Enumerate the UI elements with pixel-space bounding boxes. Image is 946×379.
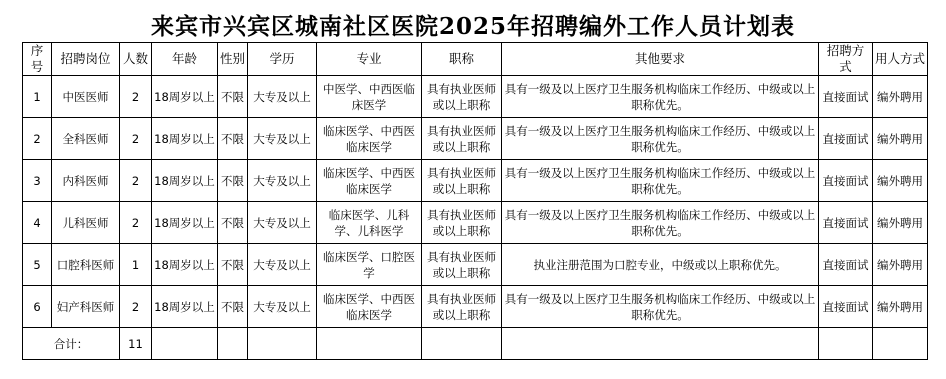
cell-position: 口腔科医师 bbox=[52, 244, 120, 286]
total-count: 11 bbox=[120, 328, 152, 360]
table-row: 5 口腔科医师 1 18周岁以上 不限 大专及以上 临床医学、口腔医学 具有执业… bbox=[23, 244, 928, 286]
cell-position: 儿科医师 bbox=[52, 202, 120, 244]
cell-method: 直接面试 bbox=[819, 244, 873, 286]
cell-method: 直接面试 bbox=[819, 202, 873, 244]
cell-employment: 编外聘用 bbox=[873, 202, 928, 244]
cell-gender: 不限 bbox=[218, 202, 248, 244]
cell-no: 4 bbox=[23, 202, 52, 244]
cell-no: 2 bbox=[23, 118, 52, 160]
cell-major: 临床医学、儿科学、儿科医学 bbox=[317, 202, 422, 244]
cell-count: 2 bbox=[120, 286, 152, 328]
cell-title: 具有执业医师或以上职称 bbox=[422, 286, 502, 328]
table-row: 3 内科医师 2 18周岁以上 不限 大专及以上 临床医学、中西医临床医学 具有… bbox=[23, 160, 928, 202]
header-age: 年龄 bbox=[152, 43, 218, 76]
cell-education: 大专及以上 bbox=[248, 202, 317, 244]
empty-cell bbox=[422, 328, 502, 360]
cell-count: 2 bbox=[120, 118, 152, 160]
cell-title: 具有执业医师或以上职称 bbox=[422, 76, 502, 118]
header-education: 学历 bbox=[248, 43, 317, 76]
cell-count: 2 bbox=[120, 160, 152, 202]
total-label: 合计： bbox=[23, 328, 120, 360]
cell-major: 中医学、中西医临床医学 bbox=[317, 76, 422, 118]
cell-other: 具有一级及以上医疗卫生服务机构临床工作经历、中级或以上职称优先。 bbox=[502, 118, 819, 160]
empty-cell bbox=[873, 328, 928, 360]
cell-age: 18周岁以上 bbox=[152, 160, 218, 202]
cell-count: 1 bbox=[120, 244, 152, 286]
cell-method: 直接面试 bbox=[819, 160, 873, 202]
cell-age: 18周岁以上 bbox=[152, 286, 218, 328]
cell-method: 直接面试 bbox=[819, 118, 873, 160]
cell-age: 18周岁以上 bbox=[152, 118, 218, 160]
cell-age: 18周岁以上 bbox=[152, 202, 218, 244]
cell-other: 具有一级及以上医疗卫生服务机构临床工作经历、中级或以上职称优先。 bbox=[502, 202, 819, 244]
cell-education: 大专及以上 bbox=[248, 160, 317, 202]
cell-gender: 不限 bbox=[218, 286, 248, 328]
cell-no: 5 bbox=[23, 244, 52, 286]
empty-cell bbox=[502, 328, 819, 360]
cell-title: 具有执业医师或以上职称 bbox=[422, 244, 502, 286]
cell-title: 具有执业医师或以上职称 bbox=[422, 118, 502, 160]
table-row: 4 儿科医师 2 18周岁以上 不限 大专及以上 临床医学、儿科学、儿科医学 具… bbox=[23, 202, 928, 244]
table-row: 2 全科医师 2 18周岁以上 不限 大专及以上 临床医学、中西医临床医学 具有… bbox=[23, 118, 928, 160]
cell-no: 1 bbox=[23, 76, 52, 118]
cell-no: 3 bbox=[23, 160, 52, 202]
empty-cell bbox=[152, 328, 218, 360]
cell-position: 全科医师 bbox=[52, 118, 120, 160]
cell-age: 18周岁以上 bbox=[152, 244, 218, 286]
table-row: 6 妇产科医师 2 18周岁以上 不限 大专及以上 临床医学、中西医临床医学 具… bbox=[23, 286, 928, 328]
cell-other: 具有一级及以上医疗卫生服务机构临床工作经历、中级或以上职称优先。 bbox=[502, 160, 819, 202]
empty-cell bbox=[248, 328, 317, 360]
cell-major: 临床医学、中西医临床医学 bbox=[317, 118, 422, 160]
cell-gender: 不限 bbox=[218, 244, 248, 286]
cell-count: 2 bbox=[120, 76, 152, 118]
cell-education: 大专及以上 bbox=[248, 286, 317, 328]
cell-major: 临床医学、中西医临床医学 bbox=[317, 160, 422, 202]
cell-education: 大专及以上 bbox=[248, 76, 317, 118]
empty-cell bbox=[317, 328, 422, 360]
header-title: 职称 bbox=[422, 43, 502, 76]
cell-employment: 编外聘用 bbox=[873, 160, 928, 202]
header-no: 序号 bbox=[23, 43, 52, 76]
cell-employment: 编外聘用 bbox=[873, 118, 928, 160]
header-method: 招聘方式 bbox=[819, 43, 873, 76]
cell-title: 具有执业医师或以上职称 bbox=[422, 202, 502, 244]
cell-position: 妇产科医师 bbox=[52, 286, 120, 328]
cell-education: 大专及以上 bbox=[248, 118, 317, 160]
header-count: 人数 bbox=[120, 43, 152, 76]
table-row: 1 中医医师 2 18周岁以上 不限 大专及以上 中医学、中西医临床医学 具有执… bbox=[23, 76, 928, 118]
total-row: 合计： 11 bbox=[23, 328, 928, 360]
header-other: 其他要求 bbox=[502, 43, 819, 76]
cell-gender: 不限 bbox=[218, 160, 248, 202]
cell-major: 临床医学、口腔医学 bbox=[317, 244, 422, 286]
cell-method: 直接面试 bbox=[819, 286, 873, 328]
cell-title: 具有执业医师或以上职称 bbox=[422, 160, 502, 202]
header-position: 招聘岗位 bbox=[52, 43, 120, 76]
cell-other: 具有一级及以上医疗卫生服务机构临床工作经历、中级或以上职称优先。 bbox=[502, 76, 819, 118]
empty-cell bbox=[218, 328, 248, 360]
cell-method: 直接面试 bbox=[819, 76, 873, 118]
cell-age: 18周岁以上 bbox=[152, 76, 218, 118]
empty-cell bbox=[819, 328, 873, 360]
cell-position: 内科医师 bbox=[52, 160, 120, 202]
cell-gender: 不限 bbox=[218, 76, 248, 118]
cell-employment: 编外聘用 bbox=[873, 244, 928, 286]
header-employment: 用人方式 bbox=[873, 43, 928, 76]
cell-other: 具有一级及以上医疗卫生服务机构临床工作经历、中级或以上职称优先。 bbox=[502, 286, 819, 328]
recruitment-plan-table: 序号 招聘岗位 人数 年龄 性别 学历 专业 职称 其他要求 招聘方式 用人方式… bbox=[22, 42, 928, 360]
page-title: 来宾市兴宾区城南社区医院2025年招聘编外工作人员计划表 bbox=[0, 8, 946, 41]
cell-count: 2 bbox=[120, 202, 152, 244]
header-gender: 性别 bbox=[218, 43, 248, 76]
cell-position: 中医医师 bbox=[52, 76, 120, 118]
cell-education: 大专及以上 bbox=[248, 244, 317, 286]
cell-other: 执业注册范围为口腔专业，中级或以上职称优先。 bbox=[502, 244, 819, 286]
cell-employment: 编外聘用 bbox=[873, 286, 928, 328]
cell-gender: 不限 bbox=[218, 118, 248, 160]
header-major: 专业 bbox=[317, 43, 422, 76]
header-row: 序号 招聘岗位 人数 年龄 性别 学历 专业 职称 其他要求 招聘方式 用人方式 bbox=[23, 43, 928, 76]
cell-no: 6 bbox=[23, 286, 52, 328]
cell-employment: 编外聘用 bbox=[873, 76, 928, 118]
cell-major: 临床医学、中西医临床医学 bbox=[317, 286, 422, 328]
